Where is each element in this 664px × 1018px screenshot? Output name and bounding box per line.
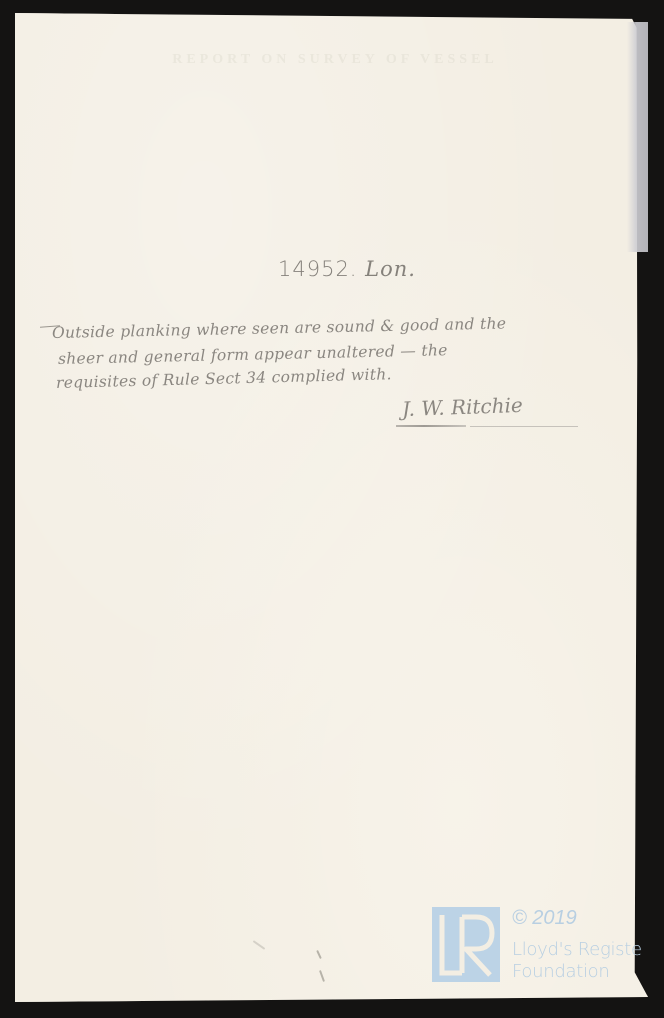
signature-underline <box>396 425 466 427</box>
lr-logo-icon <box>432 907 500 982</box>
archive-number-value: 14952. <box>278 257 357 281</box>
show-through-heading: REPORT ON SURVEY OF VESSEL <box>85 52 585 70</box>
document-viewer: REPORT ON SURVEY OF VESSEL 14952. Lon. O… <box>0 0 664 1018</box>
lloyds-register-watermark: © 2019 Lloyd's Registe Foundation <box>432 907 664 987</box>
signature-rule <box>470 426 578 427</box>
archive-number: 14952. Lon. <box>278 257 416 281</box>
paper-sheet <box>15 13 648 1002</box>
surveyor-signature: J. W. Ritchie <box>402 393 524 421</box>
background-edge <box>648 0 664 1018</box>
copyright-text: © 2019 <box>512 907 577 930</box>
tissue-edge-overlay <box>627 22 649 252</box>
org-name-line-2: Foundation <box>512 961 609 982</box>
org-name-line-1: Lloyd's Registe <box>512 939 642 960</box>
archive-port-code: Lon. <box>365 257 416 281</box>
